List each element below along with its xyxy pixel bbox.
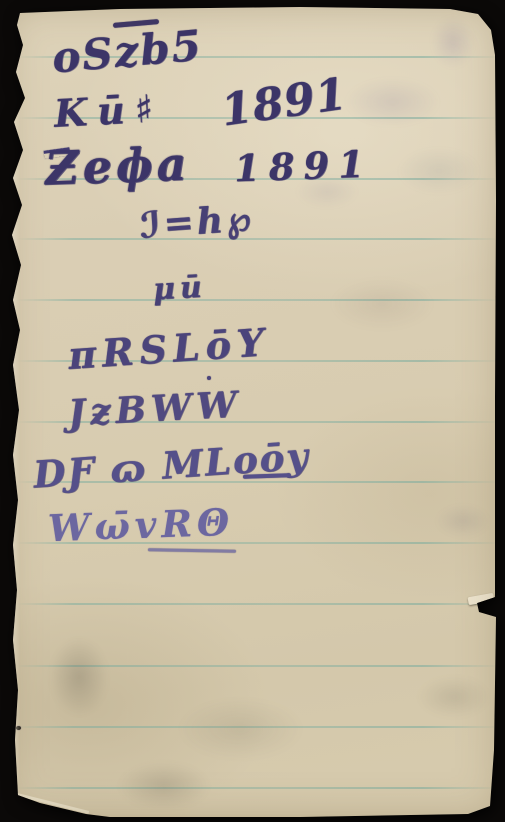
stain-mark <box>178 698 303 760</box>
ruled-line <box>16 665 495 667</box>
ruled-line <box>16 238 495 240</box>
handwriting-line-1: oSzb5 <box>50 25 204 80</box>
handwriting-line-6: πRSLōY <box>67 323 271 375</box>
year-1891-first: 1891 <box>219 72 350 133</box>
stain-mark <box>330 278 434 330</box>
stain-mark <box>418 676 490 718</box>
stain-mark <box>432 16 474 68</box>
stain-mark <box>118 762 210 810</box>
handwriting-line-3: Ƶeɸa <box>44 140 191 191</box>
year-1891-second: 1891 <box>233 146 373 188</box>
stain-mark <box>398 148 480 194</box>
ink-dot <box>207 376 211 380</box>
ink-underline-flourish <box>148 548 236 552</box>
handwriting-line-8: DƑ ɷ MLoōy <box>32 437 311 493</box>
stain-mark <box>436 505 490 537</box>
ruled-line <box>16 726 495 728</box>
ruled-line <box>16 299 495 301</box>
note-page: oSzb5 Kū♯ 1891 Ƶeɸa 1891 ℐ=h℘ μū πRSLōY … <box>0 0 505 822</box>
ruled-line <box>16 787 495 789</box>
torn-edge-highlight <box>11 8 20 812</box>
handwriting-line-9: Wω̄vRΘ <box>47 504 234 547</box>
stain-mark <box>50 638 108 716</box>
paper-shadow: oSzb5 Kū♯ 1891 Ƶeɸa 1891 ℐ=h℘ μū πRSLōY … <box>0 0 505 822</box>
handwriting-line-4: ℐ=h℘ <box>138 200 255 244</box>
ruled-line <box>16 603 495 605</box>
handwriting-line-7: JƶBWW <box>67 386 242 431</box>
scan-background: oSzb5 Kū♯ 1891 Ƶeɸa 1891 ℐ=h℘ μū πRSLōY … <box>0 0 505 822</box>
corner-cut-edge <box>17 793 90 814</box>
handwriting-line-5: μū <box>152 273 207 306</box>
tear-notch <box>468 593 495 605</box>
handwriting-line-2: Kū♯ <box>53 89 164 133</box>
